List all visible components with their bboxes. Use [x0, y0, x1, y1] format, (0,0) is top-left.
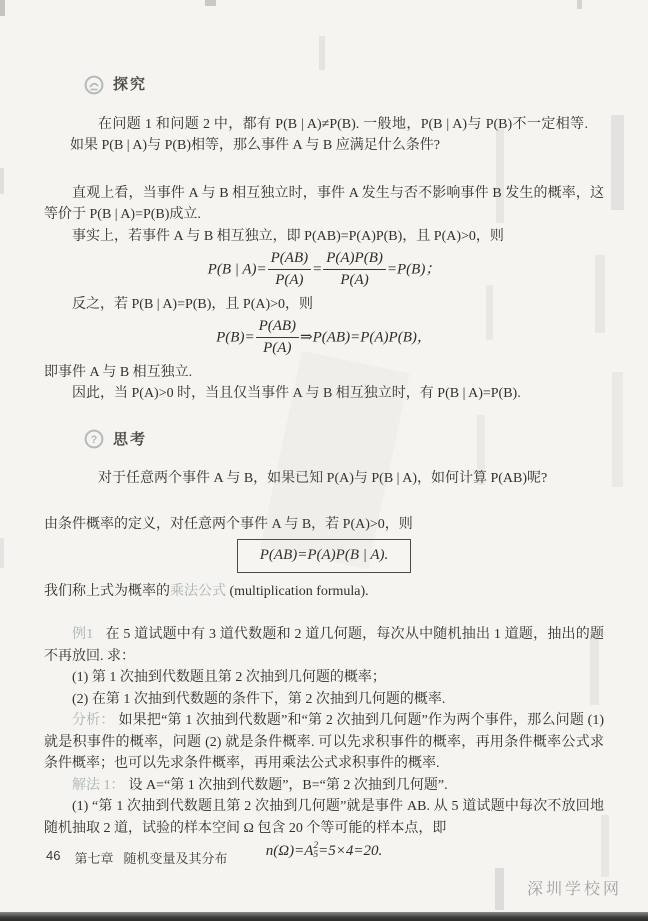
analysis-text: 如果把“第 1 次抽到代数题”和“第 2 次抽到几何题”作为两个事件，那么问题 … [44, 713, 604, 771]
fraction: P(AB)P(A) [268, 250, 311, 290]
page-number: 46 [46, 848, 60, 867]
explore-icon [84, 75, 104, 95]
site-watermark: 深圳学校网 [527, 876, 622, 899]
fraction-numerator: P(AB) [268, 250, 311, 269]
solution-setup: 解法 1：设 A=“第 1 次抽到代数题”，B=“第 2 次抽到几何题”. [44, 775, 604, 797]
naming-prefix: 我们称上式为概率的 [44, 584, 170, 599]
para-independent-conclusion: 即事件 A 与 B 相互独立. [44, 362, 604, 384]
formula-rhs: ⇒P(AB)=P(A)P(B)， [300, 330, 432, 346]
formula-conditional-derivation: P(B | A)=P(AB)P(A)=P(A)P(B)P(A)=P(B)； [44, 250, 604, 290]
count-rhs: =5×4=20. [318, 843, 382, 859]
chapter-title: 随机变量及其分布 [123, 848, 227, 867]
explore-title: 探究 [113, 74, 147, 96]
example-label: 例1 [72, 627, 93, 642]
svg-text:?: ? [91, 434, 98, 446]
question-circle-icon: ? [84, 429, 104, 449]
fraction-denominator: P(A) [256, 337, 299, 357]
chapter-info: 第七章 随机变量及其分布 [74, 848, 227, 867]
fraction: P(AB)P(A) [256, 318, 299, 358]
fraction: P(A)P(B)P(A) [323, 250, 386, 290]
page-footer: 46 第七章 随机变量及其分布 [46, 848, 228, 867]
para-therefore: 因此，当 P(A)>0 时，当且仅当事件 A 与 B 相互独立时，有 P(B |… [44, 383, 604, 405]
solution-step1: (1) “第 1 次抽到代数题且第 2 次抽到几何题”就是事件 AB. 从 5 … [44, 796, 604, 839]
count-lhs: n(Ω)=A [266, 843, 314, 859]
think-question: 对于任意两个事件 A 与 B，如果已知 P(A)与 P(B | A)，如何计算 … [70, 468, 588, 490]
para-intuition: 直观上看，当事件 A 与 B 相互独立时，事件 A 发生与否不影响事件 B 发生… [44, 183, 604, 226]
example-question-1: (1) 第 1 次抽到代数题且第 2 次抽到几何题的概率； [44, 667, 604, 689]
analysis-label: 分析： [72, 713, 115, 728]
fraction-denominator: P(A) [268, 269, 311, 289]
multiplication-formula-box: P(AB)=P(A)P(B | A). [237, 539, 412, 573]
chapter-label: 第七章 [74, 848, 113, 867]
example-statement: 例1在 5 道试题中有 3 道代数题和 2 道几何题，每次从中随机抽出 1 道题… [44, 624, 604, 667]
formula-rhs: =P(B)； [387, 262, 440, 278]
boxed-formula-wrap: P(AB)=P(A)P(B | A). [44, 539, 604, 573]
formula-lhs: P(B)= [216, 330, 254, 346]
analysis-paragraph: 分析：如果把“第 1 次抽到代数题”和“第 2 次抽到几何题”作为两个事件，那么… [44, 710, 604, 775]
formula-equals: = [312, 262, 322, 278]
formula-converse-derivation: P(B)=P(AB)P(A)⇒P(AB)=P(A)P(B)， [44, 318, 604, 358]
scan-artifact [495, 868, 504, 910]
para-converse: 反之，若 P(B | A)=P(B)，且 P(A)>0，则 [44, 294, 604, 316]
example-question-2: (2) 在第 1 次抽到代数题的条件下，第 2 次抽到几何题的概率. [44, 689, 604, 711]
explore-question: 在问题 1 和问题 2 中，都有 P(B | A)≠P(B). 一般地，P(B … [70, 114, 588, 157]
think-title: 思考 [113, 429, 147, 451]
para-mult-naming: 我们称上式为概率的乘法公式 (multiplication formula). [44, 581, 604, 603]
explore-section-header: 探究 [84, 74, 604, 96]
page-content: 探究 在问题 1 和问题 2 中，都有 P(B | A)≠P(B). 一般地，P… [0, 0, 648, 860]
term-multiplication-formula: 乘法公式 [170, 584, 226, 599]
naming-suffix: (multiplication formula). [226, 584, 369, 599]
para-fact: 事实上，若事件 A 与 B 相互独立，即 P(AB)=P(A)P(B)，且 P(… [44, 226, 604, 248]
fraction-numerator: P(A)P(B) [323, 250, 386, 269]
solution-setup-text: 设 A=“第 1 次抽到代数题”，B=“第 2 次抽到几何题”. [129, 778, 448, 793]
scan-bottom-edge [0, 912, 648, 921]
fraction-denominator: P(A) [323, 269, 386, 289]
think-section-header: ? 思考 [84, 429, 604, 451]
formula-lhs: P(B | A)= [208, 262, 267, 278]
example-text: 在 5 道试题中有 3 道代数题和 2 道几何题，每次从中随机抽出 1 道题，抽… [44, 627, 604, 664]
solution-label: 解法 1： [72, 778, 125, 793]
fraction-numerator: P(AB) [256, 318, 299, 337]
para-mult-intro: 由条件概率的定义，对任意两个事件 A 与 B，若 P(A)>0，则 [44, 514, 604, 536]
textbook-page: 探究 在问题 1 和问题 2 中，都有 P(B | A)≠P(B). 一般地，P… [0, 0, 648, 921]
